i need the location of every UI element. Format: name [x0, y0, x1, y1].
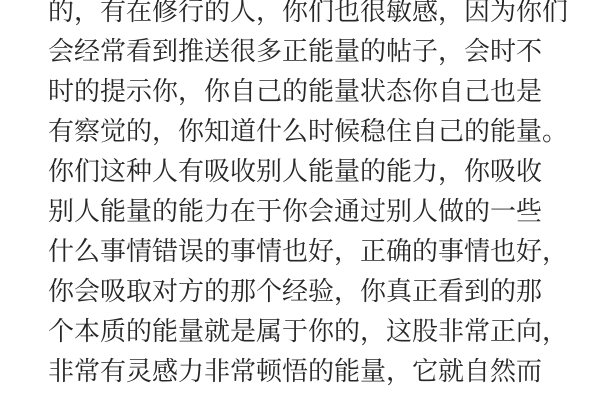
- paragraph-text: 的，有在修行的人，你们也很敏感，因为你们 会经常看到推送很多正能量的帖子，会时不…: [48, 0, 590, 392]
- text-line: 有察觉的，你知道什么时候稳住自己的能量。: [48, 112, 590, 152]
- text-page: 的，有在修行的人，你们也很敏感，因为你们 会经常看到推送很多正能量的帖子，会时不…: [0, 0, 600, 400]
- text-line: 会经常看到推送很多正能量的帖子，会时不: [48, 32, 590, 72]
- text-line: 别人能量的能力在于你会通过别人做的一些: [48, 192, 590, 232]
- text-line: 个本质的能量就是属于你的，这股非常正向，: [48, 312, 590, 352]
- text-line: 时的提示你，你自己的能量状态你自己也是: [48, 72, 590, 112]
- text-line: 你们这种人有吸收别人能量的能力，你吸收: [48, 152, 590, 192]
- text-line: 你会吸取对方的那个经验，你真正看到的那: [48, 272, 590, 312]
- text-line: 非常有灵感力非常顿悟的能量，它就自然而: [48, 352, 590, 392]
- text-line: 什么事情错误的事情也好，正确的事情也好，: [48, 232, 590, 272]
- text-line: 的，有在修行的人，你们也很敏感，因为你们: [48, 0, 590, 32]
